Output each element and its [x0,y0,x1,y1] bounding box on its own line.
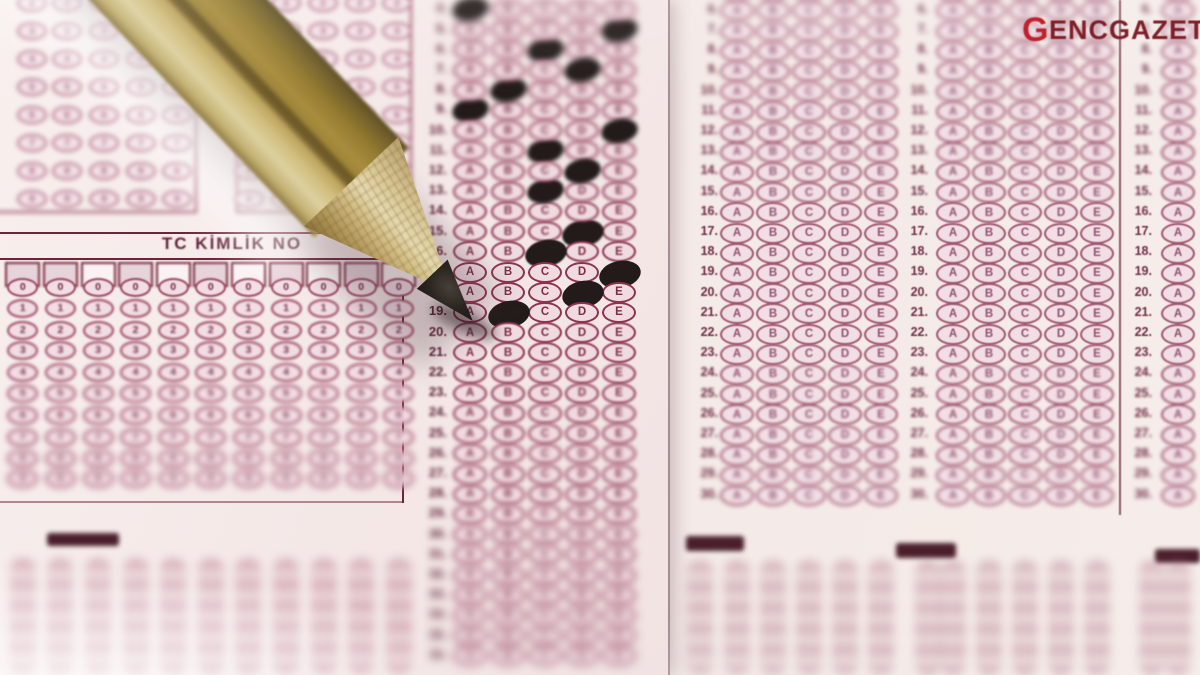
-bubble: A [453,383,487,404]
-bubble: B [491,60,525,81]
-bubble: A [453,0,487,20]
-bubble: E [602,60,636,81]
under-bubble: E [1080,465,1114,486]
under-bubble: D [1044,303,1078,324]
under-bubble: B [756,263,790,284]
question-number: 10. [1110,83,1152,97]
id-bubble: 4 [383,363,414,382]
question-number: 30. [1110,487,1152,501]
-bubble: E [602,504,636,525]
column-divider-line [1119,0,1121,515]
blurred-bubble-column [687,560,713,675]
under-bubble: A [720,485,754,506]
under-bubble: A [936,21,970,42]
under-bubble: D [1044,445,1078,466]
under-bubble: A [936,0,970,1]
under-bubble: A [936,303,970,324]
id-bubble: 0 [120,278,151,297]
-bubble: B [491,0,525,20]
under-bubble: A [720,263,754,284]
id-bubble: 3 [45,341,76,360]
question-number: 29. [405,505,447,520]
under-bubble: A [1161,404,1195,425]
faint-bubble: 7 [17,134,47,152]
-bubble: C [528,605,562,626]
id-bubble: 8 [120,449,151,468]
under-bubble: E [864,425,898,446]
under-bubble: B [756,303,790,324]
-bubble: C [528,363,562,384]
-bubble: A [453,565,487,586]
id-bubble: 7 [83,428,114,447]
question-number: 13. [1110,143,1152,157]
under-bubble: D [1044,223,1078,244]
under-bubble: E [864,263,898,284]
-bubble: B [491,140,525,161]
-bubble: C [528,241,562,262]
under-bubble: B [756,182,790,203]
under-bubble: C [1008,202,1042,223]
under-bubble: A [936,404,970,425]
question-number: 12. [676,123,718,137]
-bubble: A [453,464,487,485]
blurred-bubble-column [235,558,261,675]
id-bubble: 7 [7,428,38,447]
under-bubble: B [756,485,790,506]
question-number: 24. [405,404,447,419]
-bubble: A [453,544,487,565]
question-number: 11. [886,103,928,117]
id-bubble: 0 [45,278,76,297]
question-number: 17. [676,224,718,238]
under-bubble: D [828,445,862,466]
-bubble: C [528,140,562,161]
under-bubble: B [756,202,790,223]
id-bubble: 4 [120,363,151,382]
under-bubble: E [1080,223,1114,244]
-bubble: C [528,221,562,242]
under-bubble: B [972,283,1006,304]
under-bubble: E [1080,0,1114,1]
faint-bubble: 3 [308,22,338,40]
question-number: 10. [886,83,928,97]
-bubble: D [565,241,599,262]
question-number: 14. [886,163,928,177]
filled-answer-mark [524,176,565,207]
id-bubble: 8 [383,449,414,468]
under-bubble: A [1161,465,1195,486]
-bubble: D [565,342,599,363]
under-bubble: A [720,243,754,264]
blurred-bubble-column [311,558,337,675]
id-bubble: 1 [158,299,189,318]
under-bubble: A [936,243,970,264]
faint-bubble: 7 [52,134,82,152]
under-bubble: A [720,0,754,1]
-bubble: C [528,645,562,666]
id-bubble: 6 [233,406,264,425]
under-bubble: C [792,0,826,21]
under-bubble: A [1161,81,1195,102]
faint-bubble: 9 [89,190,119,208]
under-bubble: A [720,223,754,244]
-bubble: D [565,403,599,424]
id-bubble: 1 [195,299,226,318]
section-header-smudge [686,536,744,551]
under-bubble: B [972,445,1006,466]
question-number: 25. [405,425,447,440]
question-number: 4. [405,0,447,15]
under-bubble: A [936,142,970,163]
question-number: 7. [405,61,447,76]
faint-bubble: 6 [52,106,82,124]
-bubble: A [453,363,487,384]
under-bubble: D [1044,425,1078,446]
under-bubble: A [1161,303,1195,324]
under-bubble: C [1008,0,1042,1]
under-bubble: E [864,485,898,506]
id-bubble: 5 [346,384,377,403]
under-bubble: A [1161,425,1195,446]
-bubble: D [565,60,599,81]
under-bubble: C [792,344,826,365]
id-bubble: 6 [308,406,339,425]
filled-answer-mark [561,155,602,186]
-bubble: C [528,423,562,444]
question-number: 30. [405,526,447,541]
under-bubble: B [756,384,790,405]
under-bubble: B [972,61,1006,82]
-bubble: E [602,342,636,363]
faint-bubble: 2 [308,0,338,12]
id-bubble: 0 [271,278,302,297]
faint-bubble: 5 [382,78,412,96]
id-bubble: 7 [195,428,226,447]
under-bubble: B [756,142,790,163]
under-bubble: C [792,21,826,42]
-bubble: B [491,383,525,404]
under-bubble: E [864,324,898,345]
under-bubble: B [756,101,790,122]
id-bubble: 2 [346,321,377,340]
faint-bubble: 4 [345,50,375,68]
under-bubble: A [936,324,970,345]
id-bubble: 3 [271,341,302,360]
under-bubble: B [972,303,1006,324]
-bubble: C [528,322,562,343]
id-box-bottom-line [0,501,404,503]
id-bubble: 2 [195,321,226,340]
under-bubble: D [828,384,862,405]
question-number: 8. [405,81,447,96]
id-bubble: 8 [7,449,38,468]
-bubble: E [602,140,636,161]
filled-answer-mark [487,75,528,106]
blurred-bubble-column [85,558,111,675]
id-bubble: 8 [346,449,377,468]
under-bubble: C [792,0,826,1]
-bubble: C [528,19,562,40]
under-bubble: D [828,101,862,122]
under-bubble: C [792,324,826,345]
-bubble: C [528,161,562,182]
question-number: 32. [405,566,447,581]
-bubble: E [602,625,636,646]
id-bubble: 8 [195,449,226,468]
id-bubble: 8 [308,449,339,468]
under-bubble: D [828,364,862,385]
-bubble: C [528,504,562,525]
under-bubble: B [972,465,1006,486]
question-number: 18. [676,244,718,258]
question-number: 29. [886,466,928,480]
under-bubble: E [1080,61,1114,82]
id-bubble: 4 [346,363,377,382]
question-number: 29. [1110,466,1152,480]
under-bubble: A [936,364,970,385]
under-bubble: A [720,425,754,446]
blurred-bubble-column [1012,560,1038,675]
-bubble: C [528,342,562,363]
id-bubble: 1 [120,299,151,318]
question-number: 27. [1110,426,1152,440]
under-bubble: B [756,324,790,345]
id-bubble: 3 [308,341,339,360]
id-bubble: 2 [271,321,302,340]
question-number: 22. [676,325,718,339]
-bubble: E [602,605,636,626]
under-bubble: A [720,465,754,486]
-bubble: B [491,484,525,505]
question-number: 20. [1110,285,1152,299]
under-bubble: C [1008,465,1042,486]
under-bubble: B [756,61,790,82]
id-bubble: 6 [45,406,76,425]
under-bubble: D [828,81,862,102]
id-bubble: 9 [45,469,76,488]
under-bubble: C [1008,425,1042,446]
faint-bubble: 8 [52,162,82,180]
under-bubble: C [1008,182,1042,203]
question-number: 21. [676,305,718,319]
id-bubble: 3 [346,341,377,360]
question-number: 15. [676,184,718,198]
faint-bubble: 6 [17,106,47,124]
under-bubble: B [972,81,1006,102]
under-bubble: A [1161,101,1195,122]
-bubble: A [453,403,487,424]
under-bubble: C [792,182,826,203]
under-bubble: A [1161,485,1195,506]
id-bubble: 2 [7,321,38,340]
question-number: 28. [676,446,718,460]
id-bubble: 9 [346,469,377,488]
under-bubble: E [864,384,898,405]
under-bubble: E [864,101,898,122]
-bubble: A [453,423,487,444]
photo-canvas: 5.ABCDE6.ABCDE5.ABCDE6.ABCDE5.A6.A7.ABCD… [0,0,1200,675]
under-bubble: A [720,101,754,122]
under-bubble: B [972,0,1006,21]
-bubble: A [453,645,487,666]
-bubble: C [528,302,562,323]
blurred-bubble-column [760,560,786,675]
id-bubble: 4 [45,363,76,382]
question-number: 10. [405,122,447,137]
faint-bubble: 2 [382,0,412,12]
under-bubble: E [864,202,898,223]
under-bubble: D [1044,122,1078,143]
logo-lead-letter: G [1022,13,1049,47]
under-bubble: D [828,21,862,42]
under-bubble: C [1008,243,1042,264]
question-number: 26. [1110,406,1152,420]
faint-bubble: 4 [17,50,47,68]
under-bubble: B [972,324,1006,345]
faint-bubble: 3 [382,22,412,40]
question-number: 11. [1110,103,1152,117]
blurred-bubble-column [47,558,73,675]
-bubble: A [453,140,487,161]
under-bubble: E [1080,283,1114,304]
under-bubble: D [828,243,862,264]
-bubble: E [602,443,636,464]
question-number: 26. [886,406,928,420]
-bubble: D [565,544,599,565]
-bubble: D [565,423,599,444]
under-bubble: B [756,41,790,62]
-bubble: B [491,161,525,182]
id-bubble: 9 [383,469,414,488]
id-entry-cell [5,262,40,287]
under-bubble: C [792,364,826,385]
question-number: 10. [676,83,718,97]
-bubble: E [602,80,636,101]
under-bubble: A [720,445,754,466]
-bubble: B [491,403,525,424]
under-bubble: D [828,41,862,62]
question-number: 14. [1110,163,1152,177]
under-bubble: A [1161,364,1195,385]
question-number: 21. [886,305,928,319]
under-bubble: E [1080,182,1114,203]
-bubble: A [453,19,487,40]
question-number: 24. [886,365,928,379]
id-bubble: 5 [158,384,189,403]
under-bubble: A [720,21,754,42]
under-bubble: B [972,142,1006,163]
under-bubble: C [792,425,826,446]
under-bubble: A [936,41,970,62]
question-number: 33. [405,586,447,601]
under-bubble: E [864,0,898,21]
filled-answer-mark [524,135,565,166]
id-bubble: 6 [83,406,114,425]
under-bubble: A [720,41,754,62]
question-number: 30. [886,487,928,501]
under-bubble: D [1044,182,1078,203]
id-bubble: 6 [7,406,38,425]
under-bubble: A [720,162,754,183]
question-number: 17. [886,224,928,238]
id-bubble: 4 [158,363,189,382]
-bubble: B [491,504,525,525]
question-number: 6. [676,2,718,16]
-bubble: E [602,544,636,565]
under-bubble: D [1044,162,1078,183]
id-bubble: 3 [120,341,151,360]
under-bubble: A [936,485,970,506]
-bubble: B [491,464,525,485]
blurred-bubble-column [796,560,822,675]
under-bubble: E [1080,364,1114,385]
under-bubble: D [828,404,862,425]
faint-bubble: 2 [345,0,375,12]
id-bubble: 8 [233,449,264,468]
under-bubble: A [1161,0,1195,1]
-bubble: D [565,80,599,101]
under-bubble: E [1080,202,1114,223]
faint-bubble: 8 [17,162,47,180]
id-bubble: 6 [271,406,302,425]
-bubble: E [602,585,636,606]
filled-answer-mark [598,115,639,146]
under-bubble: C [1008,61,1042,82]
under-bubble: C [792,162,826,183]
id-bubble: 3 [83,341,114,360]
id-bubble: 8 [83,449,114,468]
under-bubble: E [864,404,898,425]
under-bubble: B [972,41,1006,62]
under-bubble: B [972,364,1006,385]
question-number: 17. [1110,224,1152,238]
under-bubble: C [1008,404,1042,425]
under-bubble: C [792,41,826,62]
-bubble: E [602,221,636,242]
-bubble: D [565,605,599,626]
-bubble: B [491,80,525,101]
question-number: 30. [676,487,718,501]
under-bubble: B [756,425,790,446]
faint-bubble: 9 [52,190,82,208]
under-bubble: A [936,384,970,405]
id-bubble: 5 [120,384,151,403]
under-bubble: D [828,223,862,244]
-bubble: E [602,464,636,485]
-bubble: A [453,443,487,464]
under-bubble: E [864,162,898,183]
faint-bubble: 7 [89,134,119,152]
under-bubble: A [1161,445,1195,466]
question-number: 20. [886,285,928,299]
under-bubble: B [972,344,1006,365]
-bubble: E [602,363,636,384]
under-bubble: E [864,142,898,163]
under-bubble: D [1044,283,1078,304]
-bubble: B [491,39,525,60]
-bubble: A [453,524,487,545]
id-bubble: 9 [271,469,302,488]
under-bubble: A [720,202,754,223]
under-bubble: C [792,384,826,405]
question-number: 16. [676,204,718,218]
under-bubble: E [864,243,898,264]
id-bubble: 1 [7,299,38,318]
filled-answer-mark [561,54,602,85]
under-bubble: E [864,283,898,304]
-bubble: D [565,100,599,121]
-bubble: C [528,201,562,222]
